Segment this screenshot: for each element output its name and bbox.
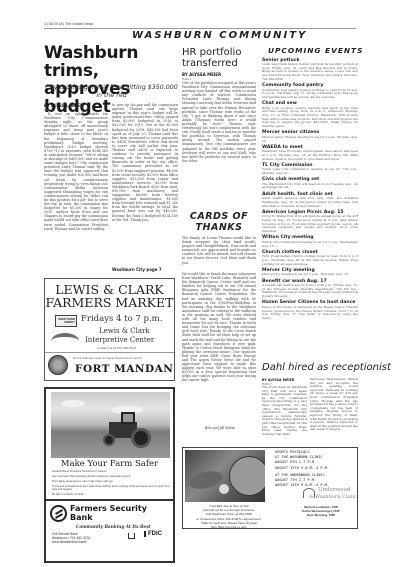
ad-strip: North Dakota Lewis & Clark Interpretive … (73, 356, 142, 360)
dahl-body-1: The front desk at Washburn City Hall wil… (262, 386, 307, 438)
lead-jump-link[interactable]: Washburn City page 7 (112, 267, 178, 272)
clinic-name-1: Underwood (318, 487, 350, 493)
hr-headline: HR portfolio transferred (182, 47, 257, 69)
lead-deck: City tackles general fund sitting $350,0… (44, 84, 179, 100)
cards-body-1: The family of Leona Thomas would like to… (182, 236, 256, 268)
event-body: Turtle Lake City Commission meeting is s… (262, 168, 358, 175)
event-body: Washburn Area Economic Development Assoc… (262, 150, 358, 161)
event-body: Victor B. Waller Post #12 will hold its … (262, 215, 358, 234)
dahl-headline: Dahl hired as receptionist (262, 362, 400, 373)
tractor-wheel (131, 428, 151, 448)
cards-body-2: We would like to thank the many voluntee… (182, 272, 256, 426)
event-body: Bring your projects, sewing machine and … (262, 107, 358, 129)
bank-logo-icon (50, 505, 67, 522)
bank-name-2: Bank (70, 513, 93, 522)
event-body: Mercer City meeting is set for 7 p.m., T… (262, 273, 358, 277)
safety-bullet: Don't allow passengers to ride on the tr… (52, 480, 170, 483)
physicals-notes: Cost $45, due at time of visitVisit will… (183, 504, 275, 529)
events-list: Senior potluckLewis and Clark Senior Cen… (262, 56, 358, 321)
lead-body-1: It was an uphill battle for Washburn Cit… (44, 112, 108, 275)
lead-body-2: to give up his pay and the commission ag… (112, 103, 178, 267)
event-body: Lewis and Clark Senior Center will hold … (262, 63, 358, 82)
ad-divider (45, 352, 174, 353)
bank-name-1: Farmers Security (70, 504, 147, 513)
safety-bullet: Install Rollover Protective Structures o… (52, 470, 170, 473)
farm-safety-bank-ad[interactable]: Make Your Farm Safer Install Rollover Pr… (44, 387, 175, 563)
hr-body: One of the portfolios assigned at this y… (182, 81, 256, 207)
basketball-shape (229, 456, 265, 496)
event-body: Adult health services and foot care clin… (262, 197, 358, 208)
sports-physicals-ad[interactable]: SPORTS PHYSICALSAT THE WASHBURN CLINICAU… (182, 447, 358, 529)
ad-where-2: Interpretive Center (85, 336, 154, 344)
event-body: First Presbyterian Church clothes closet… (262, 255, 358, 266)
fort-mandan-seal-icon (48, 355, 68, 375)
cloud-shape (61, 400, 85, 407)
safety-title: Make Your Farm Safer (46, 459, 173, 469)
events-title: UPCOMING EVENTS (268, 46, 363, 55)
event-body: Community food pantry, located in Rider,… (262, 89, 358, 100)
equal-housing-icon (128, 533, 135, 539)
page-folio: 4 | 08.09.18 | The Leader-News (44, 22, 93, 26)
event-body: The Washburn Civic Club will meet at noo… (262, 183, 358, 190)
lead-col-2: to give up his pay and the commission ag… (112, 103, 178, 275)
hr-col: BY ALYSSA MEIER Editor One of the portfo… (182, 72, 256, 207)
ad-contact: Contact us at 877.462.8535 (97, 346, 136, 350)
dahl-body-2: had been interviewed, offered the job an… (310, 378, 358, 438)
header-rule (44, 28, 356, 29)
event-body: A benefit car wash is set for 4:30 to 6:… (262, 284, 358, 299)
gre-badge-text: GREAT RIVER ENERGY (58, 318, 75, 324)
dahl-col-2: had been interviewed, offered the job an… (310, 378, 358, 438)
safety-bullets: Install Rollover Protective Structures o… (52, 470, 170, 498)
tractor-photo (51, 392, 170, 458)
clinic-name-2: & Washburn Clinics (309, 494, 358, 500)
ad-title-2: FARMERS MARKET (45, 296, 174, 309)
lead-col-1: BY ALYSSA MEIER Editor It was an uphill … (44, 103, 108, 275)
cards-col-2: We would like to thank the many voluntee… (182, 272, 256, 434)
dahl-col-1: BY ALYSSA MEIER Editor The front desk at… (262, 378, 307, 438)
cards-title: CARDS OF THANKS (181, 211, 257, 233)
tractor-wheel (103, 434, 115, 446)
safety-bullet: To prevent entanglements don't wear loos… (52, 485, 170, 492)
ad-when: Fridays 4 to 7 p.m. (81, 314, 162, 324)
great-river-energy-logo: GREAT RIVER ENERGY (55, 315, 77, 327)
sports-balls-photo (185, 450, 265, 502)
physicals-schedule: SPORTS PHYSICALSAT THE WASHBURN CLINICAU… (275, 450, 358, 488)
bank-tagline: Community Banking At Its Best (76, 524, 150, 529)
fort-mandan-brand: FORT MANDAN (75, 363, 173, 375)
bank-website-link[interactable]: www.fsbwashburn.bank (52, 540, 87, 544)
interpretive-center-logo (51, 333, 79, 349)
tractor-cab (121, 412, 135, 424)
safety-bullet: Be alert, be aware, be alive (52, 493, 170, 496)
ad-where-1: Lewis & Clark (99, 327, 150, 335)
bank-section: Farmers Security Bank Community Banking … (46, 499, 173, 561)
baseball-shape (219, 484, 229, 494)
fdic-logo: FDIC (144, 531, 162, 537)
clinic-staff-member: Kerri Benning, FNP (283, 513, 358, 517)
farmers-market-ad[interactable]: LEWIS & CLARK FARMERS MARKET GREAT RIVER… (44, 278, 175, 381)
safety-bullet: Use seat belts while operating all farm … (52, 475, 170, 478)
event-body: Mercer senior citizens meeting is set fo… (262, 136, 358, 143)
event-body: Dance to the music of Starburst at the H… (262, 306, 358, 321)
physicals-line: AUGUST 15TH 9 A.M.-4 P.M. (275, 466, 358, 471)
section-title: WASHBURN COMMUNITY (132, 30, 307, 41)
cards-signature: - Bob and Jill Wiese (182, 426, 256, 430)
physicals-note: form filled out prior to visit. (183, 525, 275, 529)
event-body: Wilton City Commission meeting is set fo… (262, 241, 358, 248)
clinic-staff: Michele Leidholm, FNPKellie Weisenburger… (283, 505, 358, 518)
